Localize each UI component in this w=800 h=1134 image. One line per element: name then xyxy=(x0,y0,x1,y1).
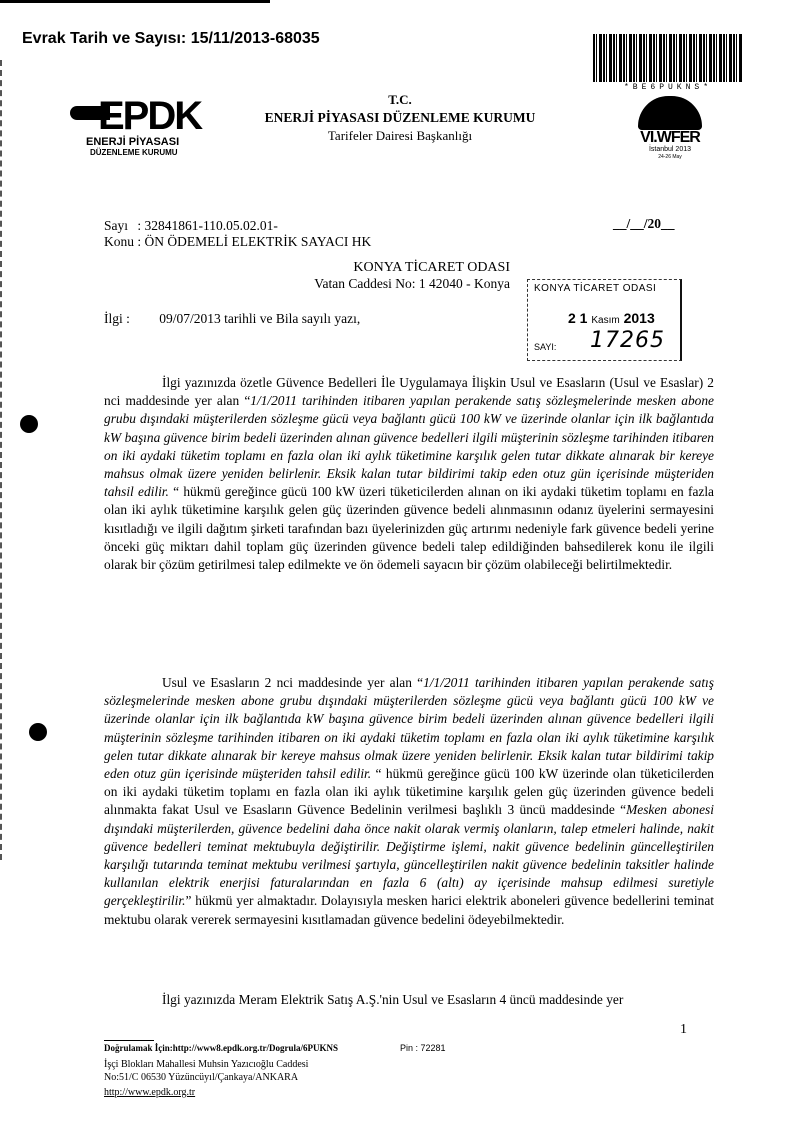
recipient: KONYA TİCARET ODASI Vatan Caddesi No: 1 … xyxy=(290,260,510,292)
received-stamp: KONYA TİCARET ODASI 2 1 Kasım 2013 SAYI:… xyxy=(527,279,682,361)
reference-line: İlgi : 09/07/2013 tarihli ve Bila sayılı… xyxy=(104,311,360,327)
p2-text-end: ” hükmü yer almaktadır. Dolayısıyla mesk… xyxy=(104,893,714,926)
event-logo: VI.WFER İstanbul 2013 24-26 May xyxy=(628,96,712,168)
p3-text: İlgi yazınızda Meram Elektrik Satış A.Ş.… xyxy=(162,992,623,1007)
sayi-label: Sayı xyxy=(104,218,128,233)
footer-address: İşçi Blokları Mahallesi Muhsin Yazıcıoğl… xyxy=(104,1058,308,1084)
event-name: VI.WFER xyxy=(628,130,712,146)
letterhead-department: Tarifeler Dairesi Başkanlığı xyxy=(220,128,580,144)
event-city: İstanbul 2013 xyxy=(628,146,712,154)
paragraph-3: İlgi yazınızda Meram Elektrik Satış A.Ş.… xyxy=(104,991,714,1009)
konu-label: Konu xyxy=(104,234,134,249)
pin-code: Pin : 72281 xyxy=(400,1043,446,1053)
footer-divider xyxy=(104,1040,154,1041)
p2-text: Usul ve Esasların 2 nci maddesinde yer a… xyxy=(162,675,423,690)
scan-edge xyxy=(0,60,4,860)
punch-hole-icon xyxy=(20,415,38,433)
barcode-text: *BE6PUKNS* xyxy=(593,83,743,92)
logo-line2: DÜZENLEME KURUMU xyxy=(90,148,178,157)
verification-link[interactable]: Doğrulamak İçin:http://www8.epdk.org.tr/… xyxy=(104,1043,338,1053)
sayi-value: : 32841861-110.05.02.01- xyxy=(137,218,278,233)
address-line-2: No:51/C 06530 Yüzüncüyıl/Çankaya/ANKARA xyxy=(104,1071,308,1084)
epdk-logo: EPDK ENERJİ PİYASASI DÜZENLEME KURUMU xyxy=(68,96,198,158)
stamp-year: 2013 xyxy=(624,310,655,326)
stamp-handwritten-number: 17265 xyxy=(590,328,665,353)
stamp-month: Kasım xyxy=(591,315,619,326)
stamp-date: 2 1 Kasım 2013 xyxy=(568,310,655,326)
konu-value: : ÖN ÖDEMELİ ELEKTRİK SAYACI HK xyxy=(137,234,371,249)
barcode-bars-icon xyxy=(593,34,743,82)
address-line-1: İşçi Blokları Mahallesi Muhsin Yazıcıoğl… xyxy=(104,1058,308,1071)
event-date: 24-26 May xyxy=(628,154,712,160)
ilgi-value: 09/07/2013 tarihli ve Bila sayılı yazı, xyxy=(159,311,360,326)
subject: Konu : ÖN ÖDEMELİ ELEKTRİK SAYACI HK xyxy=(104,234,371,250)
ilgi-label: İlgi : xyxy=(104,311,130,326)
letterhead-institution: ENERJİ PİYASASI DÜZENLEME KURUMU xyxy=(220,110,580,126)
paragraph-2: Usul ve Esasların 2 nci maddesinde yer a… xyxy=(104,674,714,929)
paragraph-1: İlgi yazınızda özetle Güvence Bedelleri … xyxy=(104,374,714,574)
page-number: 1 xyxy=(680,1022,687,1038)
recipient-name: KONYA TİCARET ODASI xyxy=(290,260,510,276)
document-date-number: Evrak Tarih ve Sayısı: 15/11/2013-68035 xyxy=(22,30,320,48)
website-link[interactable]: http://www.epdk.org.tr xyxy=(104,1087,195,1098)
stamp-sayi-label: SAYI: xyxy=(534,342,556,352)
scan-border-line xyxy=(0,0,270,3)
logo-word: EPDK xyxy=(98,96,201,136)
date-blank: __/__/20__ xyxy=(613,216,675,232)
dome-icon xyxy=(638,96,702,130)
letterhead-tc: T.C. xyxy=(220,92,580,108)
letterhead: T.C. ENERJİ PİYASASI DÜZENLEME KURUMU Ta… xyxy=(220,92,580,144)
p1-text-end: “ hükmü gereğince gücü 100 kW üzeri tüke… xyxy=(104,484,714,572)
reference-number: Sayı : 32841861-110.05.02.01- xyxy=(104,218,278,234)
stamp-title: KONYA TİCARET ODASI xyxy=(534,283,656,294)
logo-line1: ENERJİ PİYASASI xyxy=(86,136,179,148)
barcode: *BE6PUKNS* xyxy=(593,34,743,84)
recipient-address: Vatan Caddesi No: 1 42040 - Konya xyxy=(290,276,510,292)
punch-hole-icon xyxy=(29,723,47,741)
stamp-day: 2 1 xyxy=(568,310,587,326)
